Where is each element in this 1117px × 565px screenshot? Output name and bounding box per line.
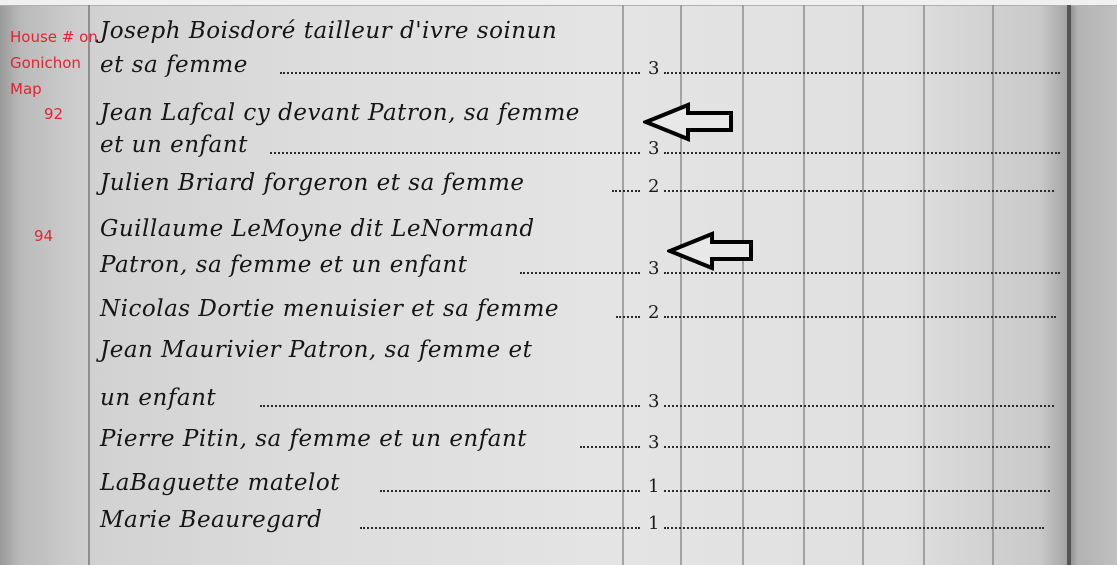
dotted-leader: [664, 152, 1060, 154]
entry-text: Jean Lafcal cy devant Patron, sa femme: [100, 100, 580, 126]
dotted-leader: [664, 72, 1060, 74]
register-row: Pierre Pitin, sa femme et un enfant 3: [0, 426, 1117, 466]
person-count: 1: [648, 476, 659, 497]
entry-text: Pierre Pitin, sa femme et un enfant: [100, 426, 527, 452]
entry-text: Nicolas Dortie menuisier et sa femme: [100, 296, 559, 322]
register-row: Marie Beauregard 1: [0, 507, 1117, 547]
dotted-leader: [270, 152, 640, 154]
entry-text: Guillaume LeMoyne dit LeNormand: [100, 216, 535, 242]
entry-text: Joseph Boisdoré tailleur d'ivre soinun: [100, 18, 557, 44]
person-count: 3: [648, 432, 659, 453]
dotted-leader: [664, 316, 1056, 318]
register-row: Guillaume LeMoyne dit LeNormand: [0, 216, 1117, 256]
dotted-leader: [664, 272, 1060, 274]
dotted-leader: [616, 316, 640, 318]
register-row: Jean Maurivier Patron, sa femme et: [0, 337, 1117, 377]
register-row: et un enfant 3: [0, 132, 1117, 172]
register-row: Julien Briard forgeron et sa femme 2: [0, 170, 1117, 210]
census-register-scan: House # on Gonichon Map 92 94 Joseph Boi…: [0, 0, 1117, 565]
register-row: LaBaguette matelot 1: [0, 470, 1117, 510]
dotted-leader: [520, 272, 640, 274]
dotted-leader: [360, 527, 640, 529]
person-count: 3: [648, 391, 659, 412]
dotted-leader: [612, 190, 640, 192]
entry-text: Julien Briard forgeron et sa femme: [100, 170, 524, 196]
left-arrow-icon: [667, 231, 755, 271]
entry-text: et sa femme: [100, 52, 248, 78]
entry-text: Patron, sa femme et un enfant: [100, 252, 467, 278]
entry-text: Marie Beauregard: [100, 507, 322, 533]
dotted-leader: [260, 405, 640, 407]
person-count: 2: [648, 302, 659, 323]
dotted-leader: [280, 72, 640, 74]
entry-text: un enfant: [100, 385, 216, 411]
register-row: et sa femme 3: [0, 52, 1117, 92]
left-arrow-icon: [643, 102, 735, 142]
entry-text: Jean Maurivier Patron, sa femme et: [100, 337, 532, 363]
person-count: 2: [648, 176, 659, 197]
dotted-leader: [580, 446, 640, 448]
entry-text: et un enfant: [100, 132, 248, 158]
dotted-leader: [664, 190, 1054, 192]
entry-text: LaBaguette matelot: [100, 470, 340, 496]
dotted-leader: [664, 446, 1050, 448]
register-row: Nicolas Dortie menuisier et sa femme 2: [0, 296, 1117, 336]
image-top-border: [0, 0, 1117, 6]
dotted-leader: [664, 527, 1044, 529]
dotted-leader: [664, 490, 1050, 492]
dotted-leader: [380, 490, 640, 492]
dotted-leader: [664, 405, 1054, 407]
person-count: 3: [648, 258, 659, 279]
register-row: un enfant 3: [0, 385, 1117, 425]
register-row: Patron, sa femme et un enfant 3: [0, 252, 1117, 292]
person-count: 1: [648, 513, 659, 534]
person-count: 3: [648, 58, 659, 79]
